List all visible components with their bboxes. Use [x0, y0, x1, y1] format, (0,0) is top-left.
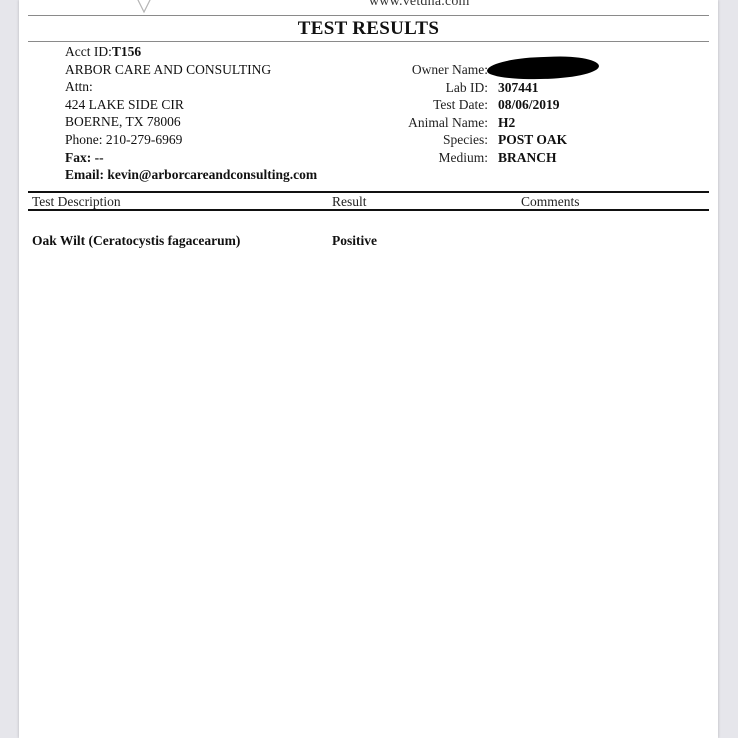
animal-name-row: Animal Name: H2 — [349, 114, 567, 132]
medium-label: Medium: — [349, 149, 488, 167]
table-header-bottom-rule — [28, 209, 709, 211]
column-header-result: Result — [332, 194, 367, 210]
report-page: www.vetdna.com TEST RESULTS Acct ID:T156… — [19, 0, 718, 738]
acct-id-label: Acct ID: — [65, 44, 112, 59]
column-header-comments: Comments — [521, 194, 580, 210]
owner-name-label: Owner Name: — [349, 61, 488, 79]
attn: Attn: — [65, 78, 317, 96]
animal-name-value: H2 — [488, 114, 515, 132]
species-value: POST OAK — [488, 131, 567, 149]
acct-id-value: T156 — [112, 44, 141, 59]
lab-id-label: Lab ID: — [349, 79, 488, 97]
lab-id-row: Lab ID: 307441 — [349, 79, 567, 97]
test-date-label: Test Date: — [349, 96, 488, 114]
column-header-test-description: Test Description — [32, 194, 121, 210]
medium-value: BRANCH — [488, 149, 557, 167]
test-description-cell: Oak Wilt (Ceratocystis fagacearum) — [32, 233, 240, 249]
test-date-value: 08/06/2019 — [488, 96, 560, 114]
header-divider-bottom — [28, 41, 709, 42]
table-header-top-rule — [28, 191, 709, 193]
lab-id-value: 307441 — [488, 79, 539, 97]
website-url: www.vetdna.com — [369, 0, 470, 10]
address-line-2: BOERNE, TX 78006 — [65, 113, 317, 131]
test-date-row: Test Date: 08/06/2019 — [349, 96, 567, 114]
species-label: Species: — [349, 131, 488, 149]
result-cell: Positive — [332, 233, 377, 249]
company-name: ARBOR CARE AND CONSULTING — [65, 61, 317, 79]
medium-row: Medium: BRANCH — [349, 149, 567, 167]
species-row: Species: POST OAK — [349, 131, 567, 149]
email: Email: kevin@arborcareandconsulting.com — [65, 166, 317, 184]
client-info: Acct ID:T156 ARBOR CARE AND CONSULTING A… — [65, 43, 317, 184]
phone: Phone: 210-279-6969 — [65, 131, 317, 149]
header-divider-top — [28, 15, 709, 16]
owner-name-redaction — [487, 55, 600, 81]
animal-name-label: Animal Name: — [349, 114, 488, 132]
address-line-1: 424 LAKE SIDE CIR — [65, 96, 317, 114]
page-title: TEST RESULTS — [19, 18, 718, 40]
fax: Fax: -- — [65, 149, 317, 167]
acct-id: Acct ID:T156 — [65, 43, 317, 61]
triangle-logo-icon — [133, 0, 155, 14]
